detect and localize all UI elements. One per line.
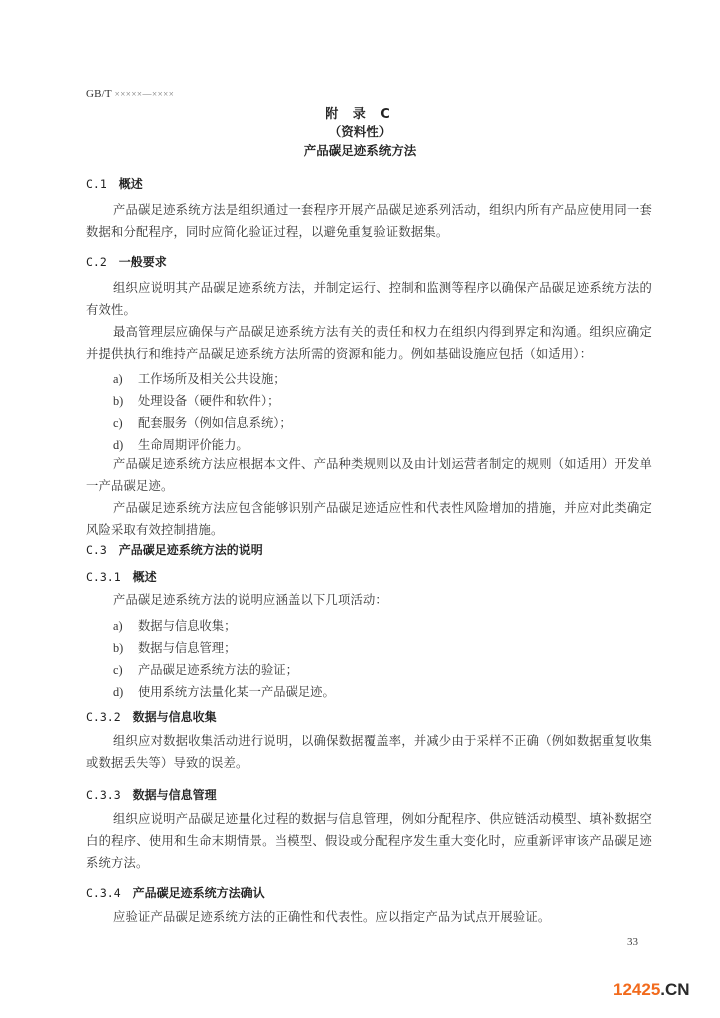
- list-marker: a): [113, 619, 138, 634]
- section-number: C.2: [86, 255, 107, 269]
- section-heading-c3-1: C.3.1概述: [86, 568, 157, 585]
- list-item: c)产品碳足迹系统方法的验证；: [113, 660, 298, 678]
- list-marker: d): [113, 685, 138, 700]
- appendix-label: 附 录 C: [0, 103, 720, 122]
- section-number: C.3.2: [86, 710, 121, 724]
- list-marker: b): [113, 641, 138, 656]
- paragraph: 产品碳足迹系统方法应根据本文件、产品种类规则以及由计划运营者制定的规则（如适用）…: [86, 453, 652, 497]
- paragraph: 组织应说明产品碳足迹量化过程的数据与信息管理，例如分配程序、供应链活动模型、填补…: [86, 808, 652, 874]
- section-title: 概述: [133, 570, 157, 584]
- list-marker: c): [113, 663, 138, 678]
- paragraph: 组织应对数据收集活动进行说明，以确保数据覆盖率，并减少由于采样不正确（例如数据重…: [86, 730, 652, 774]
- list-item: b)处理设备（硬件和软件）；: [113, 391, 279, 409]
- standard-code: GB/T ×××××—××××: [86, 88, 174, 100]
- appendix-title: 产品碳足迹系统方法: [0, 141, 720, 159]
- paragraph: 应验证产品碳足迹系统方法的正确性和代表性。应以指定产品为试点开展验证。: [86, 906, 652, 928]
- section-title: 一般要求: [119, 255, 167, 269]
- list-text: 数据与信息收集；: [138, 619, 236, 633]
- standard-code-number: ×××××—××××: [115, 89, 175, 99]
- list-text: 配套服务（例如信息系统）；: [138, 416, 292, 430]
- list-text: 工作场所及相关公共设施；: [138, 372, 286, 386]
- section-heading-c3-2: C.3.2数据与信息收集: [86, 708, 217, 725]
- watermark-number: 12425: [613, 980, 660, 999]
- list-marker: c): [113, 416, 138, 431]
- paragraph: 产品碳足迹系统方法是组织通过一套程序开展产品碳足迹系列活动，组织内所有产品应使用…: [86, 199, 652, 243]
- list-text: 数据与信息管理；: [138, 641, 236, 655]
- paragraph: 产品碳足迹系统方法应包含能够识别产品碳足迹适应性和代表性风险增加的措施，并应对此…: [86, 497, 652, 541]
- section-title: 概述: [119, 177, 143, 191]
- list-text: 处理设备（硬件和软件）；: [138, 394, 279, 408]
- section-heading-c3-3: C.3.3数据与信息管理: [86, 786, 217, 803]
- page-number: 33: [627, 936, 638, 948]
- section-number: C.3: [86, 543, 107, 557]
- section-heading-c3-4: C.3.4产品碳足迹系统方法确认: [86, 884, 265, 901]
- list-item: d)使用系统方法量化某一产品碳足迹。: [113, 682, 335, 700]
- section-title: 产品碳足迹系统方法的说明: [119, 543, 263, 557]
- section-heading-c1: C.1概述: [86, 175, 143, 192]
- section-heading-c2: C.2一般要求: [86, 253, 167, 270]
- watermark-logo: 12425.CN: [613, 980, 690, 1000]
- paragraph: 产品碳足迹系统方法的说明应涵盖以下几项活动：: [86, 589, 652, 611]
- watermark-tld: .CN: [660, 980, 689, 999]
- list-marker: d): [113, 438, 138, 453]
- appendix-nature: （资料性）: [0, 122, 720, 140]
- section-title: 数据与信息管理: [133, 788, 217, 802]
- list-text: 生命周期评价能力。: [138, 438, 249, 452]
- list-marker: b): [113, 394, 138, 409]
- document-page: GB/T ×××××—×××× 附 录 C （资料性） 产品碳足迹系统方法 C.…: [0, 0, 720, 1018]
- paragraph: 组织应说明其产品碳足迹系统方法，并制定运行、控制和监测等程序以确保产品碳足迹系统…: [86, 277, 652, 321]
- section-number: C.1: [86, 177, 107, 191]
- list-item: a)数据与信息收集；: [113, 616, 236, 634]
- section-number: C.3.4: [86, 886, 121, 900]
- section-heading-c3: C.3产品碳足迹系统方法的说明: [86, 541, 263, 558]
- section-title: 产品碳足迹系统方法确认: [133, 886, 265, 900]
- list-item: a)工作场所及相关公共设施；: [113, 369, 286, 387]
- section-number: C.3.3: [86, 788, 121, 802]
- list-item: b)数据与信息管理；: [113, 638, 236, 656]
- list-item: d)生命周期评价能力。: [113, 435, 249, 453]
- list-marker: a): [113, 372, 138, 387]
- list-item: c)配套服务（例如信息系统）；: [113, 413, 292, 431]
- section-number: C.3.1: [86, 570, 121, 584]
- list-text: 产品碳足迹系统方法的验证；: [138, 663, 298, 677]
- standard-code-prefix: GB/T: [86, 88, 112, 100]
- paragraph: 最高管理层应确保与产品碳足迹系统方法有关的责任和权力在组织内得到界定和沟通。组织…: [86, 321, 652, 365]
- section-title: 数据与信息收集: [133, 710, 217, 724]
- list-text: 使用系统方法量化某一产品碳足迹。: [138, 685, 335, 699]
